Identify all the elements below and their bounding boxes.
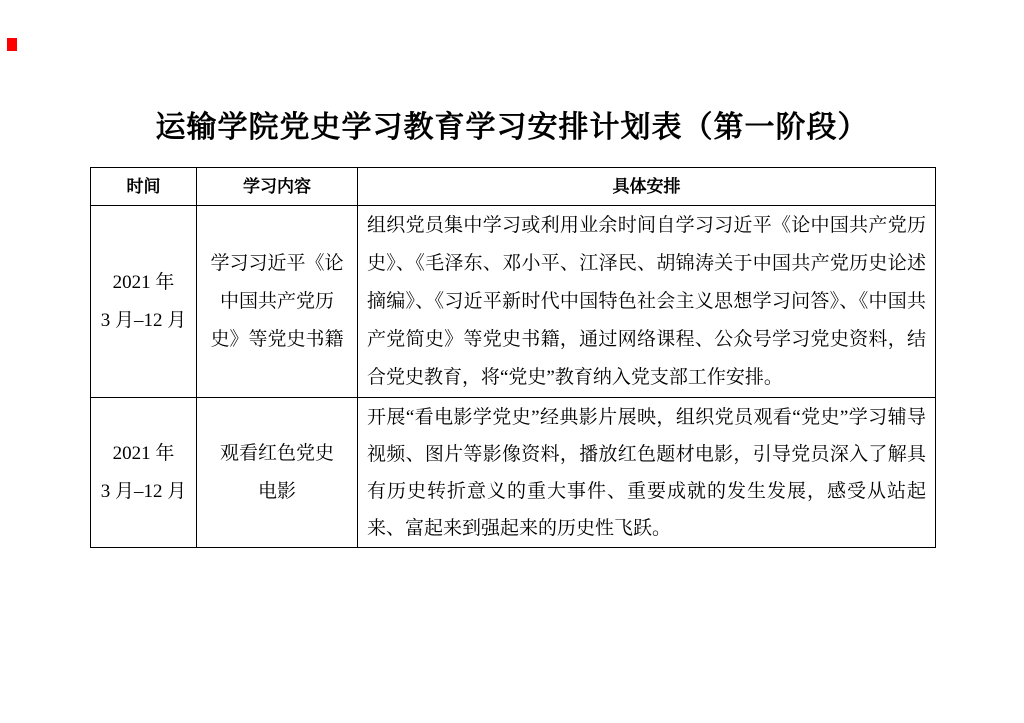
detail-cell-row2: 开展“看电影学党史”经典影片展映，组织党员观看“党史”学习辅导视频、图片等影像资… — [358, 398, 936, 548]
table-row: 2021 年 3 月–12 月 观看红色党史 电影 开展“看电影学党史”经典影片… — [91, 398, 936, 548]
document-page: 运输学院党史学习教育学习安排计划表（第一阶段） 时间 学习内容 具体安排 202… — [0, 0, 1024, 723]
document-title: 运输学院党史学习教育学习安排计划表（第一阶段） — [0, 108, 1024, 148]
red-corner-mark — [7, 38, 17, 51]
study-plan-table: 时间 学习内容 具体安排 2021 年 3 月–12 月 学习习近平《论 中国共… — [90, 167, 936, 548]
content-cell-row1: 学习习近平《论 中国共产党历 史》等党史书籍 — [197, 206, 358, 398]
table-header-row: 时间 学习内容 具体安排 — [91, 168, 936, 206]
time-cell-row2: 2021 年 3 月–12 月 — [91, 398, 197, 548]
content-cell-row2: 观看红色党史 电影 — [197, 398, 358, 548]
table-row: 2021 年 3 月–12 月 学习习近平《论 中国共产党历 史》等党史书籍 组… — [91, 206, 936, 398]
header-cell-content: 学习内容 — [197, 168, 358, 206]
detail-cell-row1: 组织党员集中学习或利用业余时间自学习习近平《论中国共产党历史》、《毛泽东、邓小平… — [358, 206, 936, 398]
header-cell-detail: 具体安排 — [358, 168, 936, 206]
header-cell-time: 时间 — [91, 168, 197, 206]
time-cell-row1: 2021 年 3 月–12 月 — [91, 206, 197, 398]
